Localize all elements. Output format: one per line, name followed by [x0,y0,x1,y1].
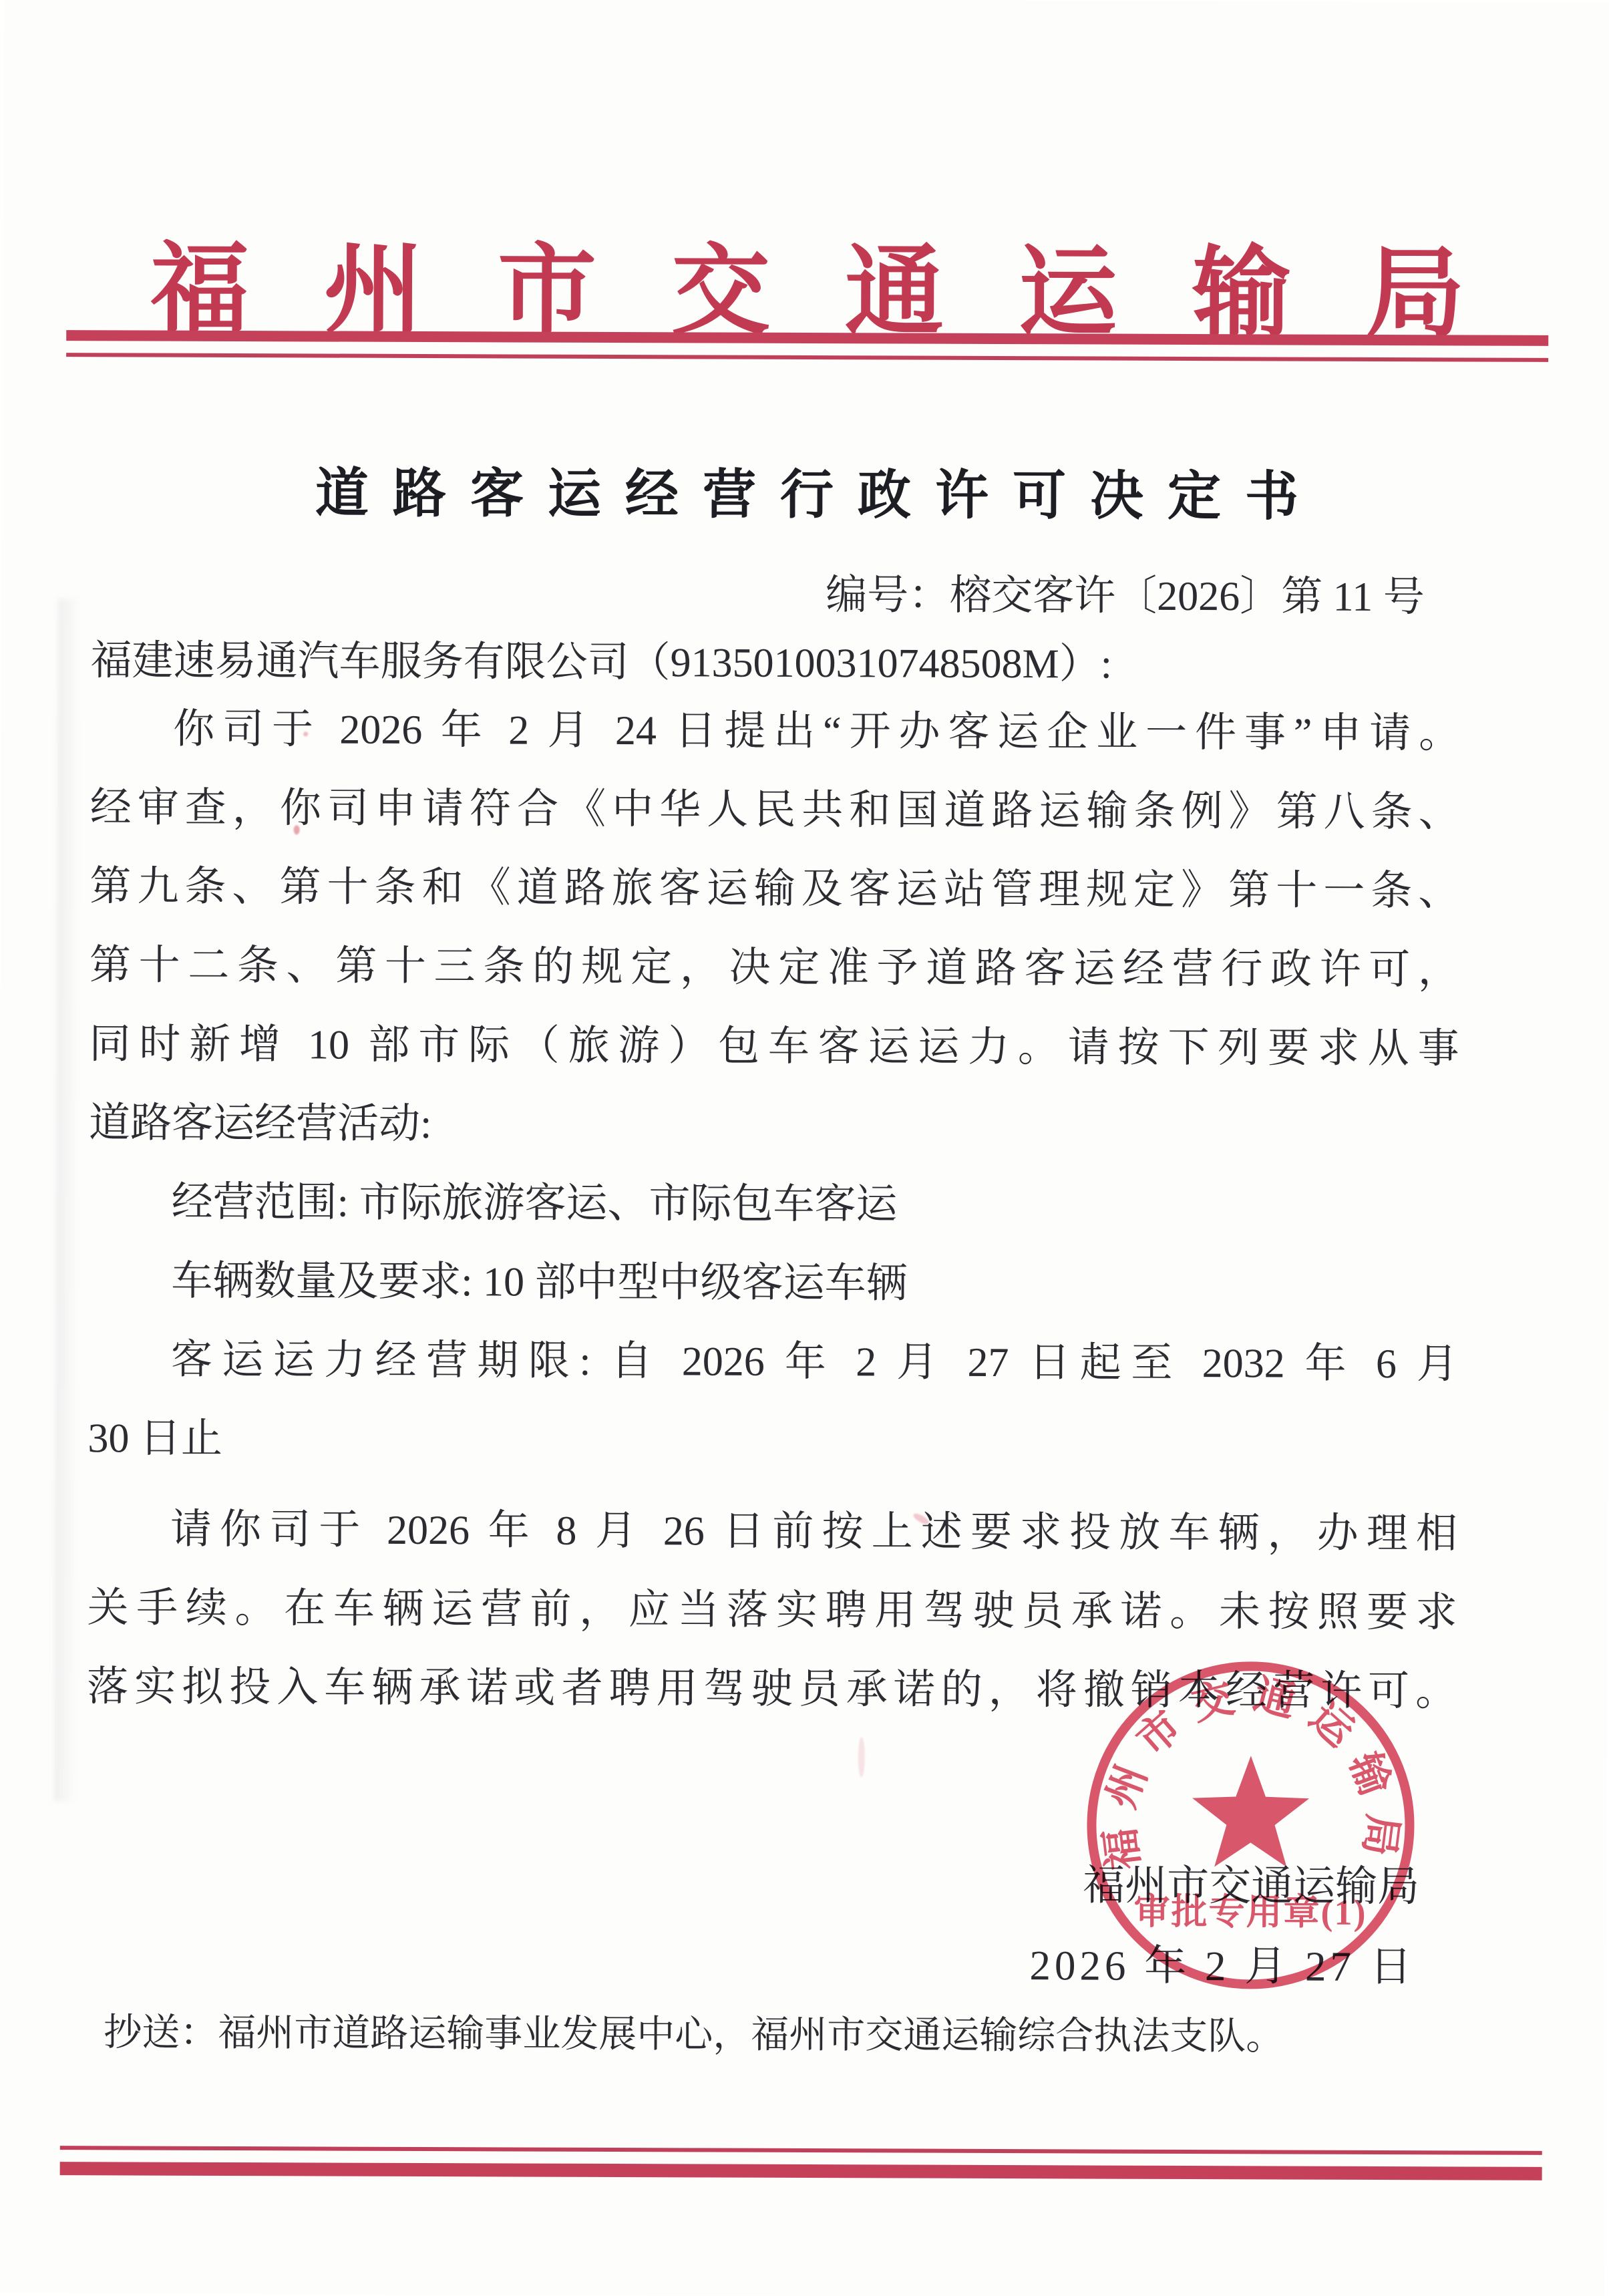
document-body: 你司于 2026 年 2 月 24 日提出“开办客运企业一件事”申请。 经审查，… [87,689,1460,1731]
body-line: 30 日止 [87,1399,1457,1482]
body-line: 经审查，你司申请符合《中华人民共和国道路运输条例》第八条、 [90,768,1460,852]
scan-artifact [54,599,81,1801]
footer-rule-thin [60,2146,1542,2155]
body-line: 车辆数量及要求: 10 部中型中级客运车辆 [88,1241,1458,1325]
cc-line: 抄送：福州市道路运输事业发展中心，福州市交通运输综合执法支队。 [104,2001,1284,2060]
scanned-document-page: 福州市交通运输局 道路客运经营行政许可决定书 编号：榕交客许〔2026〕第 11… [0,0,1609,2296]
document-number: 编号：榕交客许〔2026〕第 11 号 [2,558,1425,623]
document-title: 道路客运经营行政许可决定书 [2,449,1609,531]
body-line: 你司于 2026 年 2 月 24 日提出“开办客运企业一件事”申请。 [90,689,1460,773]
body-line: 请你司于 2026 年 8 月 26 日前按上述要求投放车辆，办理相 [87,1490,1457,1573]
scan-artifact [858,1737,865,1777]
body-line: 道路客运经营活动: [89,1084,1459,1167]
body-line: 第十二条、第十三条的规定，决定准予道路客运经营行政许可， [90,926,1459,1009]
body-line: 同时新增 10 部市际（旅游）包车客运运力。请按下列要求从事 [89,1005,1459,1088]
recipient-line: 福建速易通汽车服务有限公司（91350100310748508M）: [90,627,1112,689]
body-line: 第九条、第十条和《道路旅客运输及客运站管理规定》第十一条、 [90,847,1459,931]
official-seal: 福州市交通运输局 审批专用章(1) [1063,1637,1438,2013]
body-line: 客运运力经营期限: 自 2026 年 2 月 27 日起至 2032 年 6 月 [88,1320,1458,1404]
footer-rule-thick [60,2162,1542,2180]
body-line: 经营范围: 市际旅游客运、市际包车客运 [89,1162,1459,1246]
seal-star [1192,1756,1310,1867]
seal-inner-text: 审批专用章(1) [1133,1891,1367,1933]
